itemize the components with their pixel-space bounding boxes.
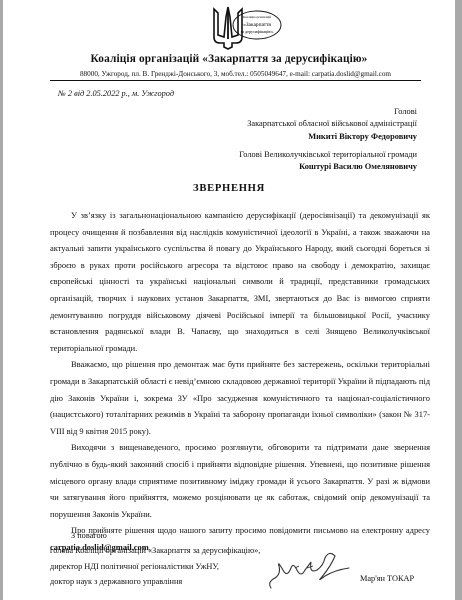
addressee-name: Коштурі Василю Омеляновичу xyxy=(239,161,417,173)
addressee-community-head: Голові Великолучківської територіальної … xyxy=(239,149,417,174)
svg-text:за дерусифікацію»: за дерусифікацію» xyxy=(240,29,273,34)
signer-title-line: директор НДІ політичної регіоналістики У… xyxy=(50,559,430,574)
signer-title-line: голова Коаліції організацій «Закарпаття … xyxy=(50,543,430,558)
letterhead-address: 88000, Ужгород, пл. В. Гренджі-Донського… xyxy=(50,70,421,81)
svg-text:«Закарпаття: «Закарпаття xyxy=(243,22,271,28)
letter-body: У зв’язку із загальнонаціональною кампан… xyxy=(50,207,430,555)
addressee-line: Голові Великолучківської територіальної … xyxy=(239,149,417,161)
body-paragraph: Виходячи з вищенаведеного, просимо розгл… xyxy=(50,439,430,522)
document-reference: № 2 від 2.05.2022 р., м. Ужгород xyxy=(58,89,174,98)
closing-greeting: З повагою xyxy=(50,528,430,543)
document-heading: ЗВЕРНЕННЯ xyxy=(3,183,455,194)
coalition-logo-trident-icon: Коаліція організацій «Закарпаття за деру… xyxy=(200,3,282,51)
organization-title: Коаліція організацій «Закарпаття за деру… xyxy=(3,53,455,65)
signer-name: Мар'ян ТОКАР xyxy=(360,574,414,583)
document-page: Коаліція організацій «Закарпаття за деру… xyxy=(3,0,455,600)
svg-text:Коаліція організацій: Коаліція організацій xyxy=(243,15,271,19)
handwritten-signature-icon xyxy=(265,548,353,594)
addressee-name: Микиті Віктору Федоровичу xyxy=(247,131,417,143)
addressee-line: Закарпатської обласної військової адміні… xyxy=(247,118,417,130)
body-paragraph: Вважаємо, що рішення про демонтаж має бу… xyxy=(50,356,430,439)
addressee-line: Голові xyxy=(247,106,417,118)
body-paragraph: У зв’язку із загальнонаціональною кампан… xyxy=(50,207,430,356)
addressee-regional-administration: Голові Закарпатської обласної військової… xyxy=(247,106,417,143)
